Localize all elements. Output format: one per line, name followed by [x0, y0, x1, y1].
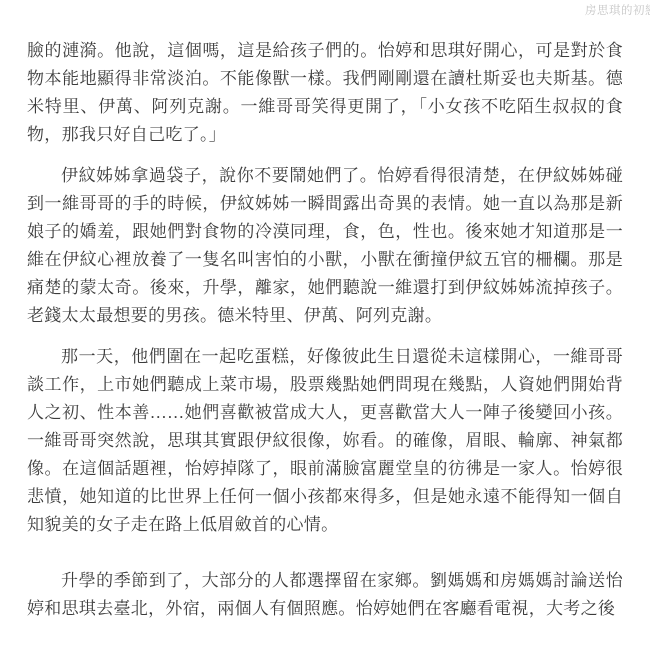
body-paragraph: 那一天，他們圍在一起吃蛋糕，好像彼此生日還從未這樣開心，一維哥哥談工作，上市她們…	[27, 343, 623, 539]
page-header-title: 房思琪的初戀	[585, 5, 650, 18]
body-paragraph: 升學的季節到了，大部分的人都選擇留在家鄉。劉媽媽和房媽媽討論送怡婷和思琪去臺北，…	[27, 567, 623, 623]
document-page: 房思琪的初戀 臉的漣漪。他說，這個嗎，這是給孩子們的。怡婷和思琪好開心，可是對於…	[0, 0, 650, 668]
page-content: 臉的漣漪。他說，這個嗎，這是給孩子們的。怡婷和思琪好開心，可是對於食物本能地顯得…	[27, 37, 623, 636]
body-paragraph: 臉的漣漪。他說，這個嗎，這是給孩子們的。怡婷和思琪好開心，可是對於食物本能地顯得…	[27, 37, 623, 149]
body-paragraph: 伊紋姊姊拿過袋子，說你不要鬧她們了。怡婷看得很清楚，在伊紋姊姊碰到一維哥哥的手的…	[27, 162, 623, 330]
